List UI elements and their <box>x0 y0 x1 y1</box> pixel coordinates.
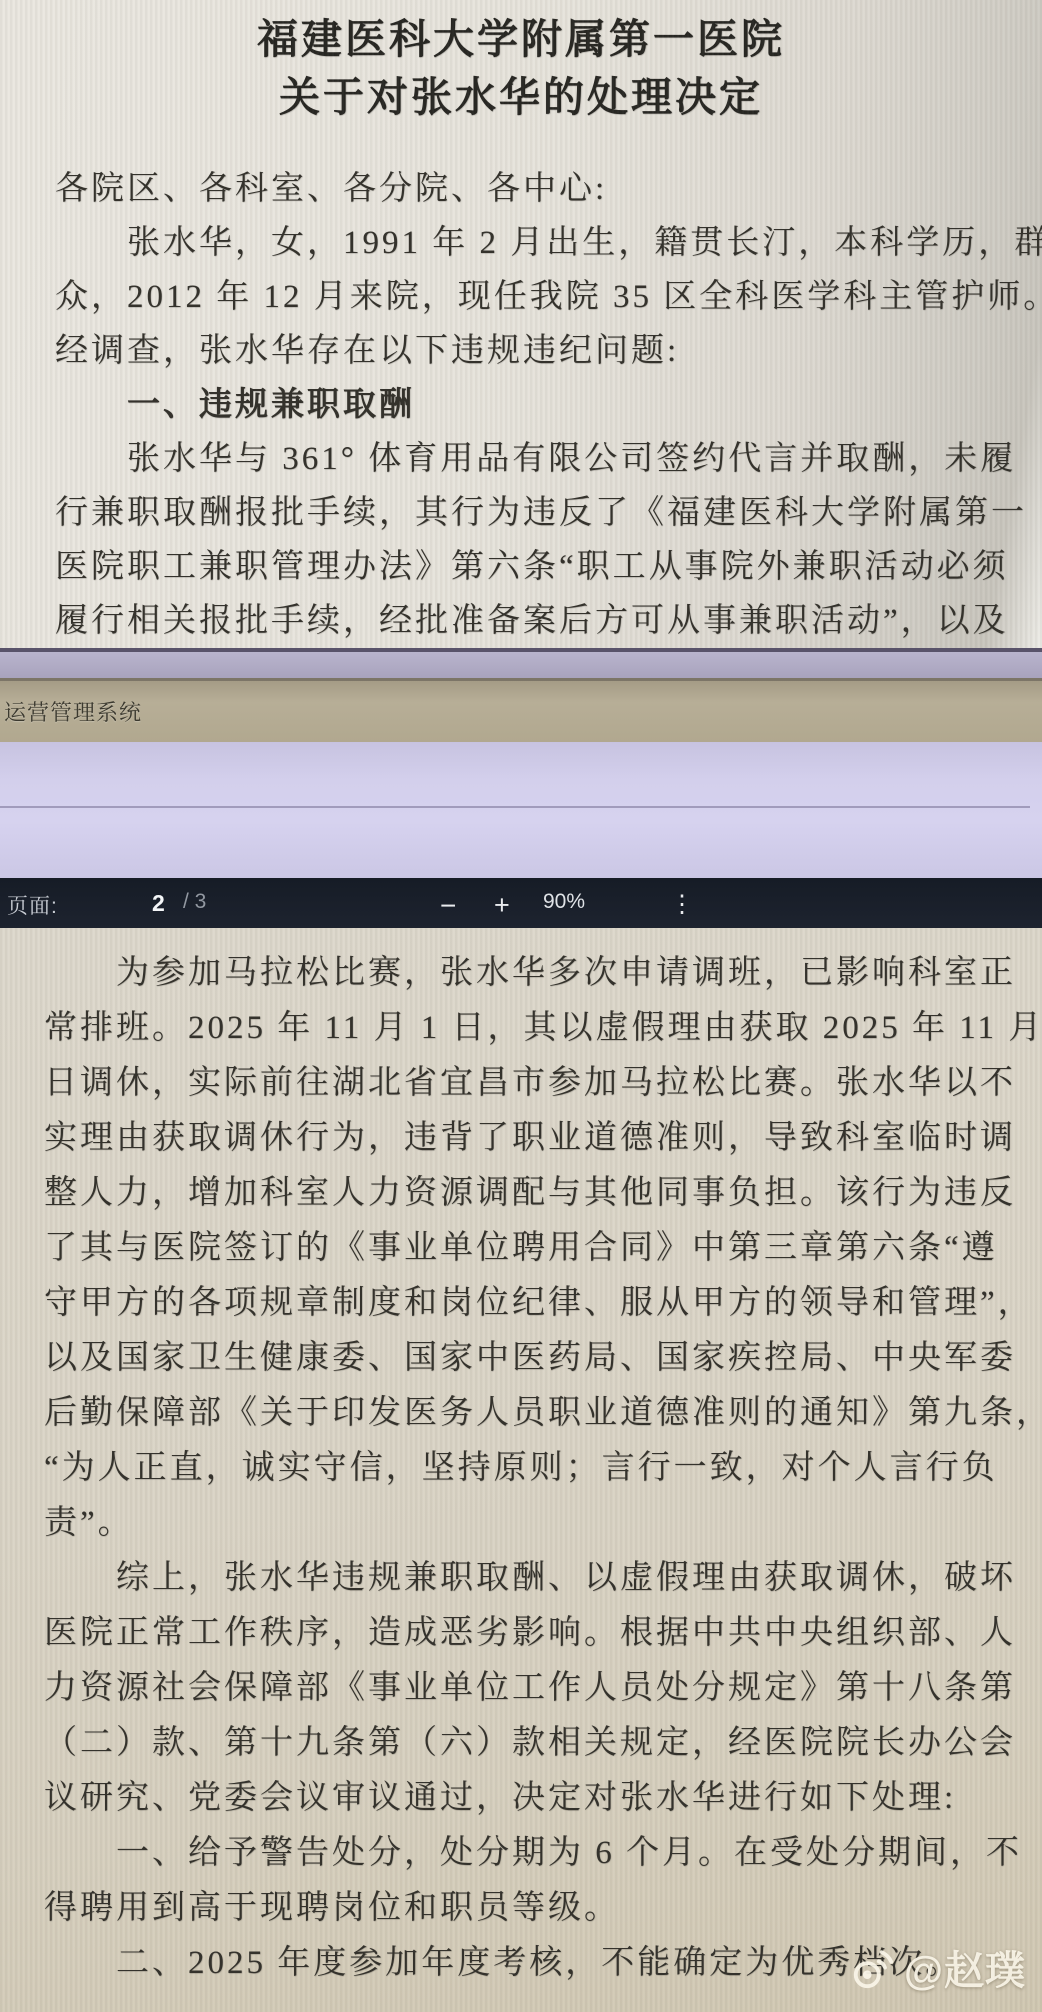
page-number-input[interactable]: 2 <box>152 890 165 917</box>
horizontal-divider <box>0 806 1030 808</box>
doc-line: 综上，张水华违规兼职取酬、以虚假理由获取调休，破坏 <box>44 1551 1004 1606</box>
doc-line: 一、给予警告处分，处分期为 6 个月。在受处分期间，不 <box>44 1826 1004 1881</box>
doc-line: 众，2012 年 12 月来院，现任我院 35 区全科医学科主管护师。 <box>55 270 1002 324</box>
zoom-out-icon[interactable]: − <box>440 890 456 922</box>
document-photo-page1: 福建医科大学附属第一医院 关于对张水华的处理决定 各院区、各科室、各分院、各中心… <box>0 0 1042 650</box>
document-title: 福建医科大学附属第一医院 关于对张水华的处理决定 <box>0 0 1042 126</box>
doc-line: 常排班。2025 年 11 月 1 日，其以虚假理由获取 2025 年 11 月… <box>44 1001 1004 1056</box>
doc-line: 日调休，实际前往湖北省宜昌市参加马拉松比赛。张水华以不 <box>44 1056 1004 1111</box>
doc-line: 后勤保障部《关于印发医务人员职业道德准则的通知》第九条， <box>44 1386 1004 1441</box>
doc-line: 履行相关报批手续，经批准备案后方可从事兼职活动”，以及 <box>55 594 1002 648</box>
doc-line: 以及国家卫生健康委、国家中医药局、国家疾控局、中央军委 <box>44 1331 1004 1386</box>
weibo-icon <box>850 1945 896 1991</box>
doc-line: （二）款、第十九条第（六）款相关规定，经医院院长办公会 <box>44 1716 1004 1771</box>
doc-line: 医院职工兼职管理办法》第六条“职工从事院外兼职活动必须 <box>55 540 1002 594</box>
doc-line: 实理由获取调休行为，违背了职业道德准则，导致科室临时调 <box>44 1111 1004 1166</box>
doc-line: 守甲方的各项规章制度和岗位纪律、服从甲方的领导和管理”， <box>44 1276 1004 1331</box>
pdf-toolbar: 页面: 2 / 3 − + 90% ⋮ <box>0 878 1042 928</box>
document-title-line1: 福建医科大学附属第一医院 <box>0 10 1042 68</box>
doc-line: 各院区、各科室、各分院、各中心: <box>55 162 1002 216</box>
doc-line: 医院正常工作秩序，造成恶劣影响。根据中共中央组织部、人 <box>44 1606 1004 1661</box>
doc-line: 力资源社会保障部《事业单位工作人员处分规定》第十八条第 <box>44 1661 1004 1716</box>
doc-line: 了其与医院签订的《事业单位聘用合同》中第三章第六条“遵 <box>44 1221 1004 1276</box>
page-label: 页面: <box>7 890 58 920</box>
watermark: @赵璞 <box>850 1939 1026 1996</box>
doc-line: 为参加马拉松比赛，张水华多次申请调班，已影响科室正 <box>44 946 1004 1001</box>
doc-line: “为人正直，诚实守信，坚持原则；言行一致，对个人言行负 <box>44 1441 1004 1496</box>
page-total-label: / 3 <box>183 890 206 914</box>
doc-line: 张水华，女，1991 年 2 月出生，籍贯长汀，本科学历，群 <box>55 216 1002 270</box>
page1-body: 各院区、各科室、各分院、各中心: 张水华，女，1991 年 2 月出生，籍贯长汀… <box>0 126 1042 648</box>
more-options-icon[interactable]: ⋮ <box>670 890 694 919</box>
doc-line: 议研究、党委会议审议通过，决定对张水华进行如下处理: <box>44 1771 1004 1826</box>
zoom-in-icon[interactable]: + <box>494 890 510 921</box>
system-title-bar: 运营管理系统 <box>0 678 1042 742</box>
doc-line: 行兼职取酬报批手续，其行为违反了《福建医科大学附属第一 <box>55 486 1002 540</box>
page2-body: 为参加马拉松比赛，张水华多次申请调班，已影响科室正 常排班。2025 年 11 … <box>0 928 1042 1991</box>
doc-line: 整人力，增加科室人力资源调配与其他同事负担。该行为违反 <box>44 1166 1004 1221</box>
doc-line: 得聘用到高于现聘岗位和职员等级。 <box>44 1881 1004 1936</box>
zoom-level-label: 90% <box>543 890 585 914</box>
watermark-handle: @赵璞 <box>904 1939 1026 1996</box>
document-title-line2: 关于对张水华的处理决定 <box>0 68 1042 126</box>
screen-strip-bottom <box>0 742 1042 878</box>
doc-line: 经调查，张水华存在以下违规违纪问题: <box>55 324 1002 378</box>
doc-line: 责”。 <box>44 1496 1004 1551</box>
screen-strip-top <box>0 652 1042 678</box>
doc-section-heading: 一、违规兼职取酬 <box>55 378 1002 432</box>
system-title-label: 运营管理系统 <box>4 696 142 727</box>
document-photo-page2: 为参加马拉松比赛，张水华多次申请调班，已影响科室正 常排班。2025 年 11 … <box>0 928 1042 2012</box>
doc-line: 张水华与 361° 体育用品有限公司签约代言并取酬，未履 <box>55 432 1002 486</box>
